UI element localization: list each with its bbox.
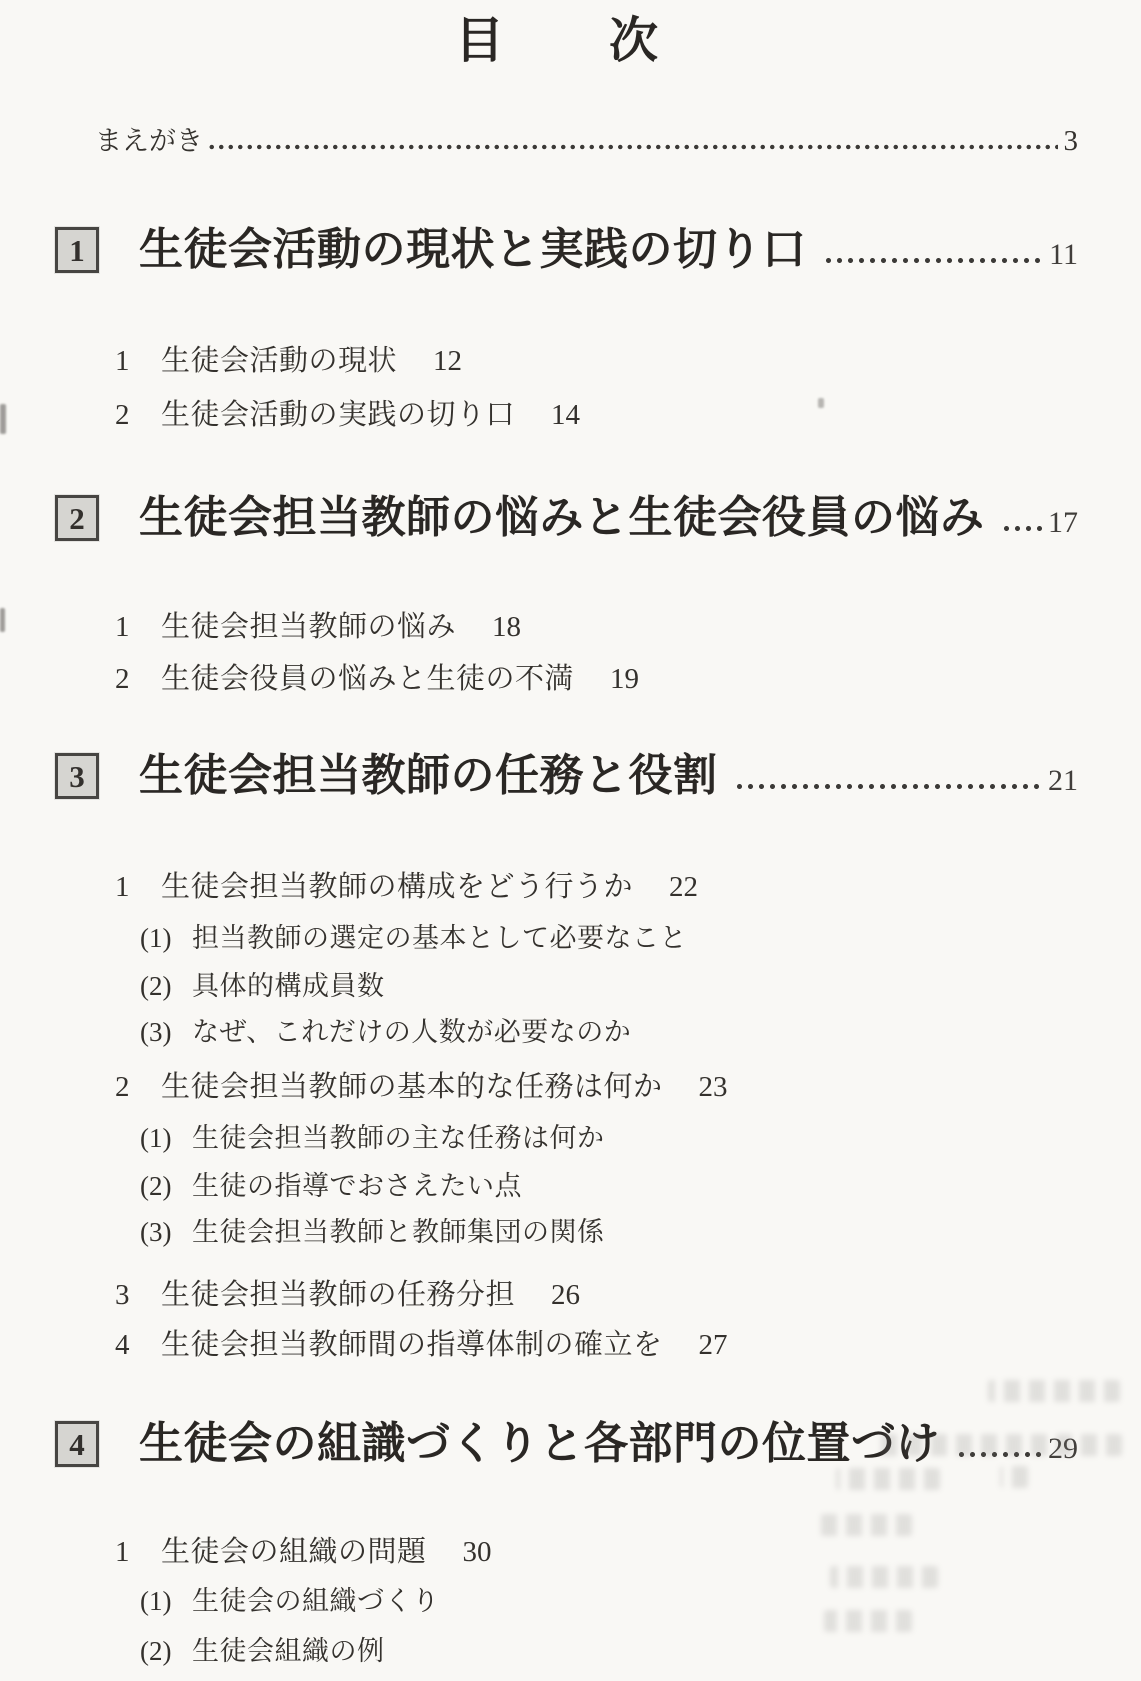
chapter-number-box: 1 bbox=[55, 227, 99, 273]
section-number: 2 bbox=[115, 1070, 131, 1104]
section-title: 生徒会活動の実践の切り口 bbox=[161, 398, 515, 432]
subsection-title: 生徒会担当教師と教師集団の関係 bbox=[192, 1216, 605, 1248]
subsection-entry: (2) 生徒の指導でおさえたい点 bbox=[140, 1170, 522, 1202]
chapter-1-heading: 1 生徒会活動の現状と実践の切り口 11 bbox=[55, 226, 1078, 274]
chapter-page-number: 11 bbox=[1049, 238, 1078, 272]
subsection-title: 生徒会の組織づくり bbox=[192, 1585, 440, 1617]
chapter-number-box: 4 bbox=[55, 1421, 99, 1467]
section-page-number: 14 bbox=[551, 398, 580, 432]
dot-leader bbox=[1001, 525, 1044, 532]
section-number: 1 bbox=[115, 1535, 131, 1569]
section-entry: 1 生徒会活動の現状 12 bbox=[115, 344, 462, 378]
section-entry: 2 生徒会役員の悩みと生徒の不満 19 bbox=[115, 662, 639, 696]
section-entry: 1 生徒会担当教師の構成をどう行うか 22 bbox=[115, 870, 698, 904]
section-title: 生徒会担当教師の悩み bbox=[161, 610, 456, 644]
subsection-number: (3) bbox=[140, 1016, 192, 1048]
page-title: 目 次 bbox=[0, 14, 1141, 68]
chapter-number: 2 bbox=[69, 503, 85, 534]
subsection-title: 生徒会組織の例 bbox=[192, 1635, 385, 1667]
toc-scanned-page: 目 次 まえがき 3 1 生徒会活動の現状と実践の切り口 11 1 生徒会活動の… bbox=[0, 0, 1141, 1681]
section-entry: 3 生徒会担当教師の任務分担 26 bbox=[115, 1278, 580, 1312]
section-number: 1 bbox=[115, 870, 131, 904]
section-entry: 2 生徒会担当教師の基本的な任務は何か 23 bbox=[115, 1070, 728, 1104]
section-title: 生徒会の組織の問題 bbox=[161, 1535, 427, 1569]
chapter-4-heading: 4 生徒会の組識づくりと各部門の位置づけ 29 bbox=[55, 1420, 1078, 1468]
subsection-title: なぜ、これだけの人数が必要なのか bbox=[192, 1016, 631, 1048]
subsection-number: (1) bbox=[140, 922, 192, 954]
bleedthrough-text-ghost bbox=[836, 1468, 940, 1490]
subsection-entry: (1) 担当教師の選定の基本として必要なこと bbox=[140, 922, 687, 954]
subsection-title: 生徒会担当教師の主な任務は何か bbox=[192, 1122, 605, 1154]
chapter-title: 生徒会担当教師の任務と役割 bbox=[139, 752, 718, 800]
subsection-title: 生徒の指導でおさえたい点 bbox=[192, 1170, 522, 1202]
chapter-3-heading: 3 生徒会担当教師の任務と役割 21 bbox=[55, 752, 1078, 800]
preface-label: まえがき bbox=[95, 124, 203, 158]
subsection-entry: (3) 生徒会担当教師と教師集団の関係 bbox=[140, 1216, 605, 1248]
subsection-entry: (1) 生徒会担当教師の主な任務は何か bbox=[140, 1122, 605, 1154]
section-number: 1 bbox=[115, 344, 131, 378]
section-title: 生徒会活動の現状 bbox=[161, 344, 397, 378]
dot-leader bbox=[823, 257, 1045, 264]
section-page-number: 27 bbox=[699, 1328, 728, 1362]
chapter-title: 生徒会担当教師の悩みと生徒会役員の悩み bbox=[139, 494, 985, 542]
subsection-title: 担当教師の選定の基本として必要なこと bbox=[192, 922, 687, 954]
preface-entry: まえがき 3 bbox=[95, 124, 1078, 158]
scan-edge-artifact bbox=[0, 404, 6, 434]
chapter-page-number: 17 bbox=[1048, 506, 1078, 540]
preface-page-number: 3 bbox=[1064, 124, 1079, 158]
subsection-number: (1) bbox=[140, 1585, 192, 1617]
chapter-number: 4 bbox=[69, 1429, 85, 1460]
section-entry: 1 生徒会の組織の問題 30 bbox=[115, 1535, 492, 1569]
section-number: 1 bbox=[115, 610, 131, 644]
dot-leader bbox=[734, 783, 1044, 790]
section-page-number: 18 bbox=[492, 610, 521, 644]
section-page-number: 26 bbox=[551, 1278, 580, 1312]
chapter-number: 3 bbox=[69, 761, 85, 792]
section-page-number: 30 bbox=[463, 1535, 492, 1569]
bleedthrough-text-ghost bbox=[824, 1610, 912, 1632]
subsection-number: (3) bbox=[140, 1216, 192, 1248]
section-number: 2 bbox=[115, 398, 131, 432]
dot-leader bbox=[956, 1451, 1043, 1458]
chapter-title: 生徒会活動の現状と実践の切り口 bbox=[139, 226, 807, 274]
section-entry: 2 生徒会活動の実践の切り口 14 bbox=[115, 398, 580, 432]
subsection-number: (2) bbox=[140, 970, 192, 1002]
section-number: 3 bbox=[115, 1278, 131, 1312]
section-entry: 1 生徒会担当教師の悩み 18 bbox=[115, 610, 521, 644]
section-title: 生徒会担当教師の基本的な任務は何か bbox=[161, 1070, 663, 1104]
scan-speck-artifact bbox=[818, 398, 824, 408]
section-page-number: 23 bbox=[699, 1070, 728, 1104]
bleedthrough-text-ghost bbox=[1000, 1466, 1028, 1488]
section-page-number: 22 bbox=[669, 870, 698, 904]
scan-edge-artifact bbox=[0, 608, 5, 632]
chapter-number-box: 2 bbox=[55, 495, 99, 541]
subsection-entry: (2) 生徒会組織の例 bbox=[140, 1635, 385, 1667]
section-title: 生徒会担当教師の任務分担 bbox=[161, 1278, 515, 1312]
section-title: 生徒会役員の悩みと生徒の不満 bbox=[161, 662, 574, 696]
section-entry: 4 生徒会担当教師間の指導体制の確立を 27 bbox=[115, 1328, 728, 1362]
bleedthrough-text-ghost bbox=[830, 1566, 938, 1588]
chapter-number-box: 3 bbox=[55, 753, 99, 799]
subsection-entry: (3) なぜ、これだけの人数が必要なのか bbox=[140, 1016, 631, 1048]
section-page-number: 12 bbox=[433, 344, 462, 378]
section-number: 2 bbox=[115, 662, 131, 696]
section-title: 生徒会担当教師間の指導体制の確立を bbox=[161, 1328, 663, 1362]
bleedthrough-text-ghost bbox=[820, 1514, 912, 1536]
chapter-title: 生徒会の組識づくりと各部門の位置づけ bbox=[139, 1420, 940, 1468]
subsection-entry: (2) 具体的構成員数 bbox=[140, 970, 385, 1002]
dot-leader bbox=[207, 144, 1058, 150]
section-title: 生徒会担当教師の構成をどう行うか bbox=[161, 870, 633, 904]
section-number: 4 bbox=[115, 1328, 131, 1362]
section-page-number: 19 bbox=[610, 662, 639, 696]
bleedthrough-text-ghost bbox=[988, 1380, 1120, 1402]
subsection-number: (2) bbox=[140, 1635, 192, 1667]
subsection-number: (2) bbox=[140, 1170, 192, 1202]
subsection-number: (1) bbox=[140, 1122, 192, 1154]
chapter-page-number: 29 bbox=[1048, 1432, 1078, 1466]
subsection-title: 具体的構成員数 bbox=[192, 970, 385, 1002]
chapter-2-heading: 2 生徒会担当教師の悩みと生徒会役員の悩み 17 bbox=[55, 494, 1078, 542]
chapter-number: 1 bbox=[69, 235, 85, 266]
subsection-entry: (1) 生徒会の組織づくり bbox=[140, 1585, 440, 1617]
chapter-page-number: 21 bbox=[1048, 764, 1078, 798]
